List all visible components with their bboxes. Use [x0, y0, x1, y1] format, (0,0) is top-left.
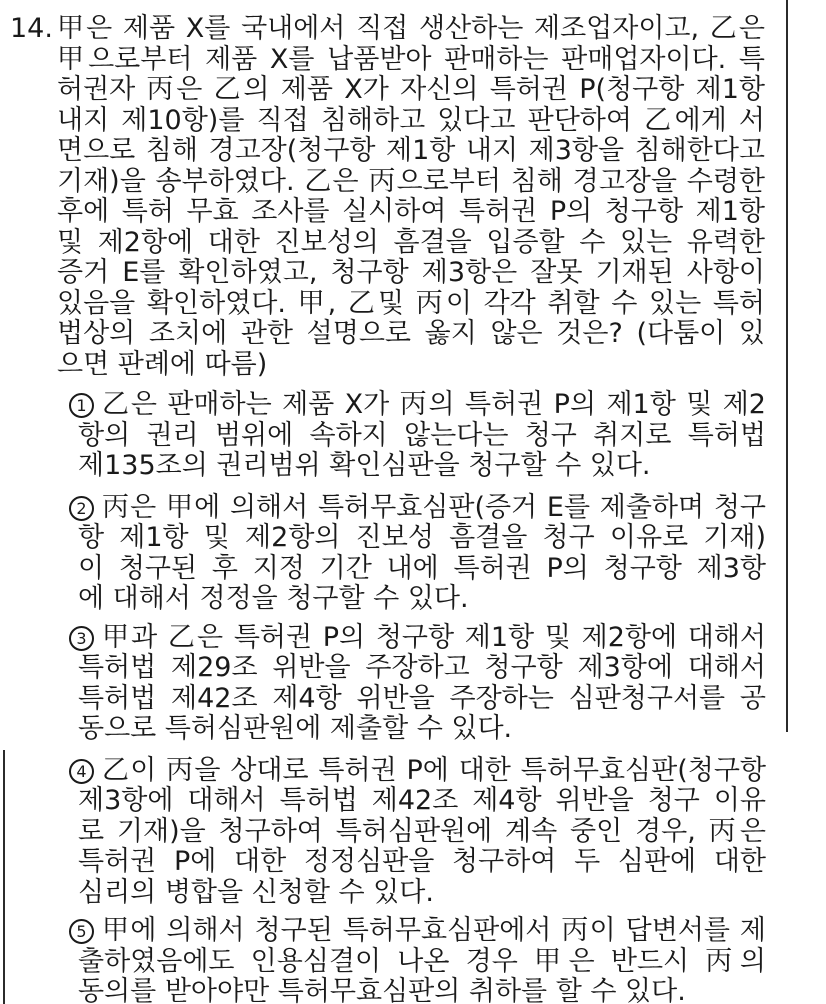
- text-line: 법상의 조치에 관한 설명으로 옳지 않은 것은? (다툼이 있: [57, 319, 765, 350]
- text-line: 甲은 제품 X를 국내에서 직접 생산하는 제조업자이고, 乙은: [57, 14, 765, 45]
- text-line: 특허권 P에 대한 정정심판을 청구하여 두 심판에 대한: [78, 847, 766, 878]
- text-line: 제3항에 대해서 특허법 제42조 제4항 위반을 청구 이유: [78, 786, 766, 817]
- question-14: 14. 甲은 제품 X를 국내에서 직접 생산하는 제조업자이고, 乙은甲으로부…: [0, 14, 826, 380]
- text-line: 으면 판례에 따름): [57, 350, 765, 381]
- text-line: 후에 특허 무효 조사를 실시하여 특허권 P의 청구항 제1항: [57, 197, 765, 228]
- option-1-circled-number: 1: [69, 393, 94, 418]
- option-1-text: 乙은 판매하는 제품 X가 丙의 특허권 P의 제1항 및 제2항의 권리 범위…: [78, 390, 766, 482]
- question-number: 14.: [10, 14, 57, 380]
- text-line: 乙은 판매하는 제품 X가 丙의 특허권 P의 제1항 및 제2: [78, 390, 766, 421]
- option-1: 1 乙은 판매하는 제품 X가 丙의 특허권 P의 제1항 및 제2항의 권리 …: [78, 390, 766, 482]
- option-3-text: 甲과 乙은 특허권 P의 청구항 제1항 및 제2항에 대해서특허법 제29조 …: [78, 623, 766, 745]
- text-line: 면으로 침해 경고장(청구항 제1항 내지 제3항을 침해한다고: [57, 136, 765, 167]
- text-line: 항의 권리 범위에 속하지 않는다는 청구 취지로 특허법: [78, 421, 766, 452]
- exam-page: 14. 甲은 제품 X를 국내에서 직접 생산하는 제조업자이고, 乙은甲으로부…: [0, 0, 826, 1004]
- text-line: 허권자 丙은 乙의 제품 X가 자신의 특허권 P(청구항 제1항: [57, 75, 765, 106]
- option-3: 3 甲과 乙은 특허권 P의 청구항 제1항 및 제2항에 대해서특허법 제29…: [78, 623, 766, 745]
- option-5-text: 甲에 의해서 청구된 특허무효심판에서 丙이 답변서를 제출하였음에도 인용심결…: [78, 916, 766, 1004]
- text-line: 및 제2항에 대한 진보성의 흠결을 입증할 수 있는 유력한: [57, 228, 765, 259]
- text-line: 특허법 제29조 위반을 주장하고 청구항 제3항에 대해서: [78, 653, 766, 684]
- option-4-circled-number: 4: [69, 759, 94, 784]
- question-block: 14. 甲은 제품 X를 국내에서 직접 생산하는 제조업자이고, 乙은甲으로부…: [0, 14, 826, 1004]
- text-line: 甲으로부터 제품 X를 납품받아 판매하는 판매업자이다. 특: [57, 45, 765, 76]
- text-line: 동의를 받아야만 특허무효심판의 취하를 할 수 있다.: [78, 977, 766, 1004]
- text-line: 에 대해서 정정을 청구할 수 있다.: [78, 584, 766, 615]
- option-4: 4 乙이 丙을 상대로 특허권 P에 대한 특허무효심판(청구항제3항에 대해서…: [78, 756, 766, 909]
- option-2: 2 丙은 甲에 의해서 특허무효심판(증거 E를 제출하며 청구항 제1항 및 …: [78, 493, 766, 615]
- text-line: 甲에 의해서 청구된 특허무효심판에서 丙이 답변서를 제: [78, 916, 766, 947]
- text-line: 동으로 특허심판원에 제출할 수 있다.: [78, 714, 766, 745]
- text-line: 기재)을 송부하였다. 乙은 丙으로부터 침해 경고장을 수령한: [57, 167, 765, 198]
- text-line: 제135조의 권리범위 확인심판을 청구할 수 있다.: [78, 451, 766, 482]
- option-2-text: 丙은 甲에 의해서 특허무효심판(증거 E를 제출하며 청구항 제1항 및 제2…: [78, 493, 766, 615]
- text-line: 乙이 丙을 상대로 특허권 P에 대한 특허무효심판(청구항: [78, 756, 766, 787]
- option-3-circled-number: 3: [69, 626, 94, 651]
- option-4-text: 乙이 丙을 상대로 특허권 P에 대한 특허무효심판(청구항제3항에 대해서 특…: [78, 756, 766, 909]
- option-5: 5 甲에 의해서 청구된 특허무효심판에서 丙이 답변서를 제출하였음에도 인용…: [78, 916, 766, 1004]
- text-line: 내지 제10항)를 직접 침해하고 있다고 판단하여 乙에게 서: [57, 106, 765, 137]
- text-line: 丙은 甲에 의해서 특허무효심판(증거 E를 제출하며 청구: [78, 493, 766, 524]
- text-line: 甲과 乙은 특허권 P의 청구항 제1항 및 제2항에 대해서: [78, 623, 766, 654]
- text-line: 출하였음에도 인용심결이 나온 경우 甲은 반드시 丙의: [78, 947, 766, 978]
- text-line: 로 기재)을 청구하여 특허심판원에 계속 중인 경우, 丙은: [78, 817, 766, 848]
- text-line: 이 청구된 후 지정 기간 내에 특허권 P의 청구항 제3항: [78, 554, 766, 585]
- text-line: 있음을 확인하였다. 甲, 乙및 丙이 각각 취할 수 있는 특허: [57, 289, 765, 320]
- option-5-circled-number: 5: [69, 919, 94, 944]
- option-2-circled-number: 2: [69, 496, 94, 521]
- text-line: 심리의 병합을 신청할 수 있다.: [78, 878, 766, 909]
- question-stem: 甲은 제품 X를 국내에서 직접 생산하는 제조업자이고, 乙은甲으로부터 제품…: [57, 14, 765, 380]
- text-line: 특허법 제42조 제4항 위반을 주장하는 심판청구서를 공: [78, 684, 766, 715]
- text-line: 증거 E를 확인하였고, 청구항 제3항은 잘못 기재된 사항이: [57, 258, 765, 289]
- text-line: 항 제1항 및 제2항의 진보성 흠결을 청구 이유로 기재): [78, 523, 766, 554]
